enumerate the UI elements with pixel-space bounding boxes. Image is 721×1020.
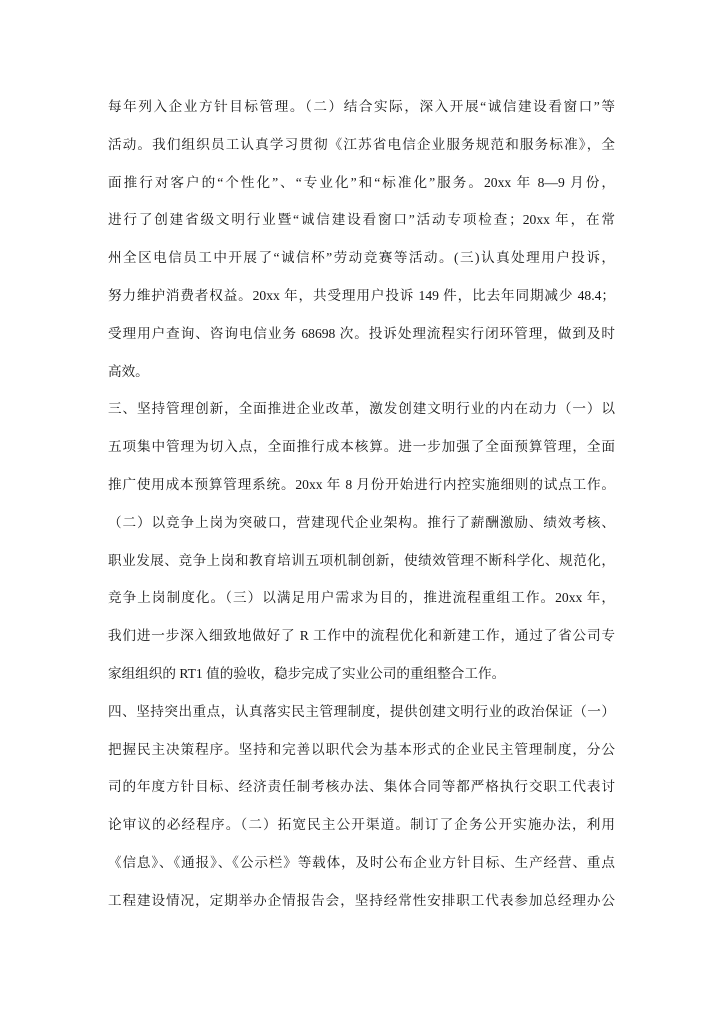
text-line: 家组组织的 RT1 值的验收，稳步完成了实业公司的重组整合工作。 bbox=[108, 655, 615, 693]
document-page: 每年列入企业方针目标管理。（二）结合实际，深入开展“诚信建设看窗口”等 活动。我… bbox=[0, 0, 721, 1020]
document-body: 每年列入企业方针目标管理。（二）结合实际，深入开展“诚信建设看窗口”等 活动。我… bbox=[108, 88, 615, 920]
text-line: 五项集中管理为切入点，全面推行成本核算。进一步加强了全面预算管理，全面 bbox=[108, 428, 615, 466]
text-line: 努力维护消费者权益。20xx 年，共受理用户投诉 149 件，比去年同期减少 4… bbox=[108, 277, 615, 315]
text-line: 四、坚持突出重点，认真落实民主管理制度，提供创建文明行业的政治保证（一） bbox=[108, 693, 615, 731]
text-line: 每年列入企业方针目标管理。（二）结合实际，深入开展“诚信建设看窗口”等 bbox=[108, 88, 615, 126]
text-line: 工程建设情况，定期举办企情报告会，坚持经常性安排职工代表参加总经理办公 bbox=[108, 882, 615, 920]
text-line: 高效。 bbox=[108, 353, 615, 391]
paragraph-service-integrity: 每年列入企业方针目标管理。（二）结合实际，深入开展“诚信建设看窗口”等 活动。我… bbox=[108, 88, 615, 390]
text-line: 受理用户查询、咨询电信业务 68698 次。投诉处理流程实行闭环管理，做到及时 bbox=[108, 315, 615, 353]
text-line: 论审议的必经程序。（二）拓宽民主公开渠道。制订了企务公开实施办法，利用 bbox=[108, 806, 615, 844]
text-line: 进行了创建省级文明行业暨“诚信建设看窗口”活动专项检查；20xx 年，在常 bbox=[108, 201, 615, 239]
text-line: 三、坚持管理创新，全面推进企业改革，激发创建文明行业的内在动力（一）以 bbox=[108, 390, 615, 428]
text-line: 竞争上岗制度化。（三）以满足用户需求为目的，推进流程重组工作。20xx 年， bbox=[108, 579, 615, 617]
text-line: 职业发展、竞争上岗和教育培训五项机制创新，使绩效管理不断科学化、规范化， bbox=[108, 542, 615, 580]
text-line: 我们进一步深入细致地做好了 R 工作中的流程优化和新建工作，通过了省公司专 bbox=[108, 617, 615, 655]
text-line: 《信息》、《通报》、《公示栏》等载体，及时公布企业方针目标、生产经营、重点 bbox=[108, 844, 615, 882]
text-line: 活动。我们组织员工认真学习贯彻《江苏省电信企业服务规范和服务标准》，全 bbox=[108, 126, 615, 164]
text-line: 州全区电信员工中开展了“诚信杯”劳动竞赛等活动。(三)认真处理用户投诉， bbox=[108, 239, 615, 277]
paragraph-management-innovation: 三、坚持管理创新，全面推进企业改革，激发创建文明行业的内在动力（一）以 五项集中… bbox=[108, 390, 615, 692]
text-line: 推广使用成本预算管理系统。20xx 年 8 月份开始进行内控实施细则的试点工作。 bbox=[108, 466, 615, 504]
text-line: 把握民主决策程序。坚持和完善以职代会为基本形式的企业民主管理制度，分公 bbox=[108, 731, 615, 769]
text-line: 面推行对客户的“个性化”、“专业化”和“标准化”服务。20xx 年 8—9 月份… bbox=[108, 164, 615, 202]
text-line: （二）以竞争上岗为突破口，营建现代企业架构。推行了薪酬激励、绩效考核、 bbox=[108, 504, 615, 542]
text-line: 司的年度方针目标、经济责任制考核办法、集体合同等都严格执行交职工代表讨 bbox=[108, 768, 615, 806]
paragraph-democratic-management: 四、坚持突出重点，认真落实民主管理制度，提供创建文明行业的政治保证（一） 把握民… bbox=[108, 693, 615, 920]
